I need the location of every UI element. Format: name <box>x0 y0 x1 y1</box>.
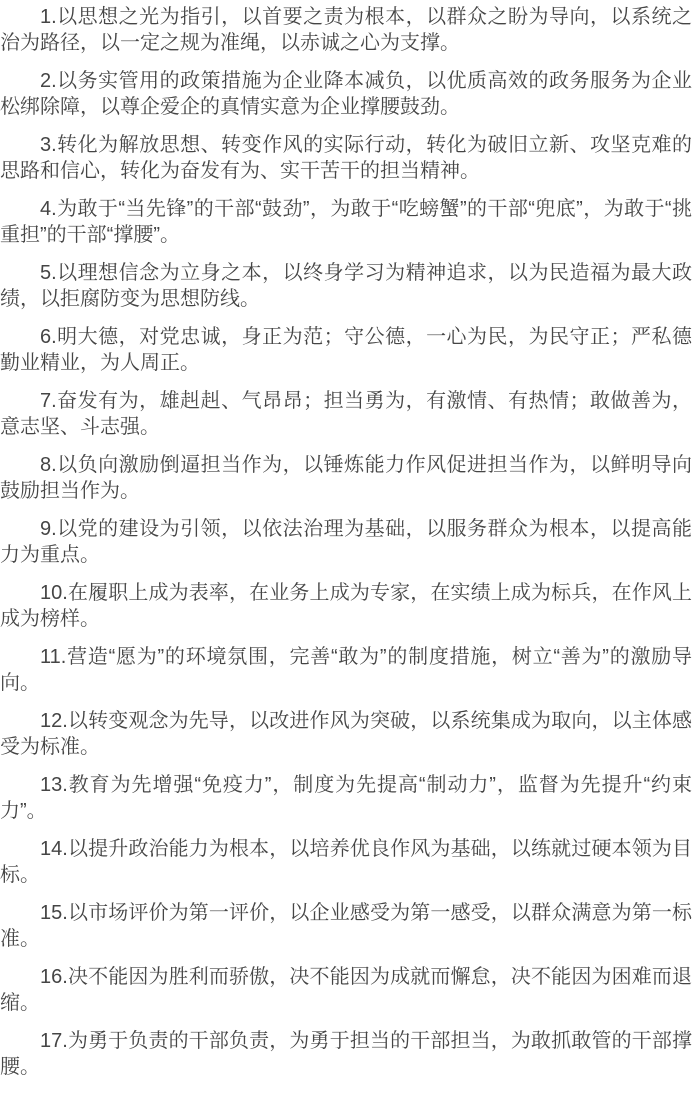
document-body: 1.以思想之光为指引，以首要之责为根本，以群众之盼为导向，以系统之治为路径，以一… <box>0 0 693 1080</box>
list-item-5: 5.以理想信念为立身之本，以终身学习为精神追求，以为民造福为最大政绩，以拒腐防变… <box>0 260 692 312</box>
list-item-9: 9.以党的建设为引领，以依法治理为基础，以服务群众为根本，以提高能力为重点。 <box>0 516 692 568</box>
list-item-2: 2.以务实管用的政策措施为企业降本减负，以优质高效的政务服务为企业松绑除障，以尊… <box>0 68 692 120</box>
list-item-17: 17.为勇于负责的干部负责，为勇于担当的干部担当，为敢抓敢管的干部撑腰。 <box>0 1028 692 1080</box>
list-item-16: 16.决不能因为胜利而骄傲，决不能因为成就而懈怠，决不能因为困难而退缩。 <box>0 964 692 1016</box>
list-item-10: 10.在履职上成为表率，在业务上成为专家，在实绩上成为标兵，在作风上成为榜样。 <box>0 580 692 632</box>
list-item-14: 14.以提升政治能力为根本，以培养优良作风为基础，以练就过硬本领为目标。 <box>0 836 692 888</box>
list-item-12: 12.以转变观念为先导，以改进作风为突破，以系统集成为取向，以主体感受为标准。 <box>0 708 692 760</box>
list-item-11: 11.营造“愿为”的环境氛围，完善“敢为”的制度措施，树立“善为”的激励导向。 <box>0 644 692 696</box>
list-item-3: 3.转化为解放思想、转变作风的实际行动，转化为破旧立新、攻坚克难的思路和信心，转… <box>0 132 692 184</box>
list-item-1: 1.以思想之光为指引，以首要之责为根本，以群众之盼为导向，以系统之治为路径，以一… <box>0 4 692 56</box>
list-item-4: 4.为敢于“当先锋”的干部“鼓劲”，为敢于“吃螃蟹”的干部“兜底”，为敢于“挑重… <box>0 196 692 248</box>
list-item-13: 13.教育为先增强“免疫力”，制度为先提高“制动力”，监督为先提升“约束力”。 <box>0 772 692 824</box>
list-item-15: 15.以市场评价为第一评价，以企业感受为第一感受，以群众满意为第一标准。 <box>0 900 692 952</box>
list-item-7: 7.奋发有为，雄赳赳、气昂昂；担当勇为，有激情、有热情；敢做善为，意志坚、斗志强… <box>0 388 692 440</box>
list-item-8: 8.以负向激励倒逼担当作为，以锤炼能力作风促进担当作为，以鲜明导向鼓励担当作为。 <box>0 452 692 504</box>
list-item-6: 6.明大德，对党忠诚，身正为范；守公德，一心为民，为民守正；严私德勤业精业，为人… <box>0 324 692 376</box>
